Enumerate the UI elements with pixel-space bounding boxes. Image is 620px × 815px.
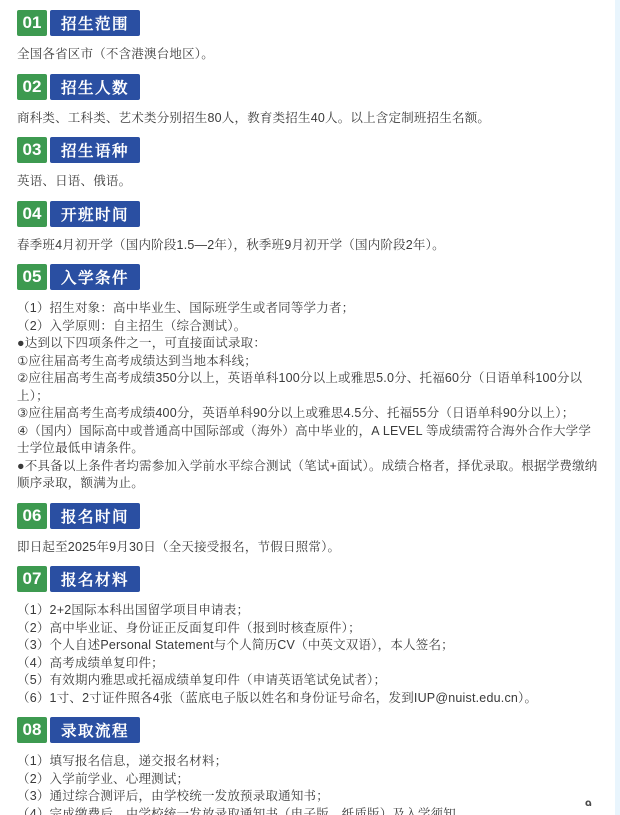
- section-registration-time: 06 报名时间 即日起至2025年9月30日（全天接受报名，节假日照常）。: [17, 503, 603, 557]
- section-number-badge: 02: [17, 74, 47, 100]
- body-line: 商科类、工科类、艺术类分别招生80人，教育类招生40人。以上含定制班招生名额。: [17, 110, 603, 128]
- body-line: 即日起至2025年9月30日（全天接受报名，节假日照常）。: [17, 539, 603, 557]
- section-title-badge: 招生语种: [50, 137, 140, 163]
- body-line: ●不具备以上条件者均需参加入学前水平综合测试（笔试+面试）。成绩合格者，择优录取…: [17, 458, 603, 493]
- body-line: （5）有效期内雅思或托福成绩单复印件（申请英语笔试免试者）；: [17, 672, 603, 690]
- section-number-badge: 04: [17, 201, 47, 227]
- section-title-badge: 入学条件: [50, 264, 140, 290]
- page-edge-strip: [615, 0, 620, 815]
- section-enrollment-quota: 02 招生人数 商科类、工科类、艺术类分别招生80人，教育类招生40人。以上含定…: [17, 74, 603, 128]
- body-line: ①应往届高考生高考成绩达到当地本科线；: [17, 353, 603, 371]
- body-line: （2）入学原则：自主招生（综合测试）。: [17, 318, 603, 336]
- section-title-badge: 招生范围: [50, 10, 140, 36]
- body-line: ④（国内）国际高中或普通高中国际部或（海外）高中毕业的，A LEVEL 等成绩需…: [17, 423, 603, 458]
- section-title-badge: 开班时间: [50, 201, 140, 227]
- section-title-badge: 招生人数: [50, 74, 140, 100]
- section-number-badge: 03: [17, 137, 47, 163]
- body-line: （2）入学前学业、心理测试；: [17, 771, 603, 789]
- section-start-time: 04 开班时间 春季班4月初开学（国内阶段1.5—2年），秋季班9月初开学（国内…: [17, 201, 603, 255]
- body-line: ②应往届高考生高考成绩350分以上，英语单科100分以上或雅思5.0分、托福60…: [17, 370, 603, 405]
- section-admission-process: 08 录取流程 （1）填写报名信息，递交报名材料； （2）入学前学业、心理测试；…: [17, 717, 603, 815]
- body-line: （1）填写报名信息，递交报名材料；: [17, 753, 603, 771]
- section-header: 03 招生语种: [17, 137, 603, 163]
- section-number-badge: 07: [17, 566, 47, 592]
- body-line: （6）1寸、2寸证件照各4张（蓝底电子版以姓名和身份证号命名，发到IUP@nui…: [17, 690, 603, 708]
- body-line: （4）完成缴费后，由学校统一发放录取通知书（电子版、纸质版）及入学须知。: [17, 806, 603, 815]
- body-line: ●达到以下四项条件之一，可直接面试录取：: [17, 335, 603, 353]
- section-number-badge: 01: [17, 10, 47, 36]
- body-line: ③应往届高考生高考成绩400分，英语单科90分以上或雅思4.5分、托福55分（日…: [17, 405, 603, 423]
- section-header: 02 招生人数: [17, 74, 603, 100]
- body-line: 英语、日语、俄语。: [17, 173, 603, 191]
- section-number-badge: 08: [17, 717, 47, 743]
- body-line: （2）高中毕业证、身份证正反面复印件（报到时核查原件）；: [17, 620, 603, 638]
- body-line: （4）高考成绩单复印件；: [17, 655, 603, 673]
- section-header: 07 报名材料: [17, 566, 603, 592]
- partial-page-number: 9: [585, 799, 596, 806]
- section-number-badge: 05: [17, 264, 47, 290]
- admissions-notice-page: 01 招生范围 全国各省区市（不含港澳台地区）。 02 招生人数 商科类、工科类…: [0, 0, 620, 815]
- section-header: 01 招生范围: [17, 10, 603, 36]
- section-application-materials: 07 报名材料 （1）2+2国际本科出国留学项目申请表； （2）高中毕业证、身份…: [17, 566, 603, 707]
- section-enrollment-scope: 01 招生范围 全国各省区市（不含港澳台地区）。: [17, 10, 603, 64]
- section-header: 06 报名时间: [17, 503, 603, 529]
- body-line: 全国各省区市（不含港澳台地区）。: [17, 46, 603, 64]
- section-header: 05 入学条件: [17, 264, 603, 290]
- body-line: （3）个人自述Personal Statement与个人简历CV（中英文双语），…: [17, 637, 603, 655]
- body-line: 春季班4月初开学（国内阶段1.5—2年），秋季班9月初开学（国内阶段2年）。: [17, 237, 603, 255]
- body-line: （1）2+2国际本科出国留学项目申请表；: [17, 602, 603, 620]
- section-admission-requirements: 05 入学条件 （1）招生对象：高中毕业生、国际班学生或者同等学力者； （2）入…: [17, 264, 603, 493]
- section-title-badge: 报名材料: [50, 566, 140, 592]
- section-languages: 03 招生语种 英语、日语、俄语。: [17, 137, 603, 191]
- body-line: （1）招生对象：高中毕业生、国际班学生或者同等学力者；: [17, 300, 603, 318]
- section-header: 04 开班时间: [17, 201, 603, 227]
- body-line: （3）通过综合测评后，由学校统一发放预录取通知书；: [17, 788, 603, 806]
- section-number-badge: 06: [17, 503, 47, 529]
- section-title-badge: 录取流程: [50, 717, 140, 743]
- section-title-badge: 报名时间: [50, 503, 140, 529]
- section-header: 08 录取流程: [17, 717, 603, 743]
